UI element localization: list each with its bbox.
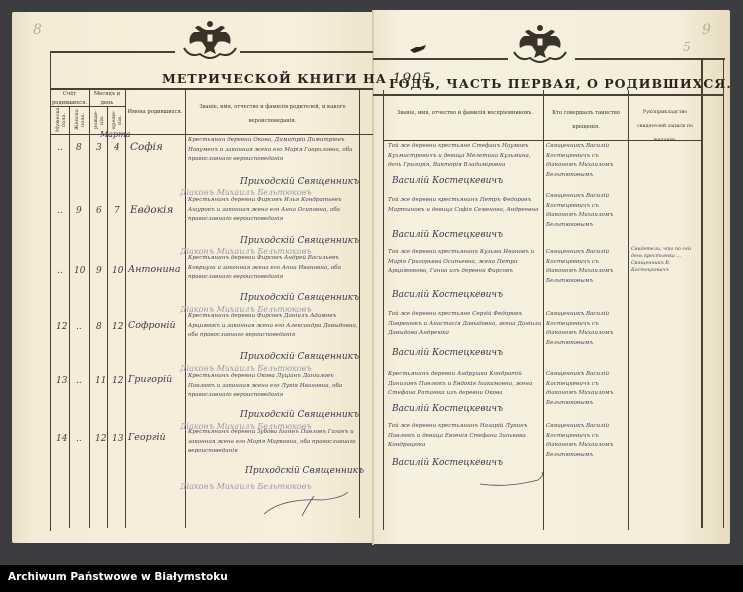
- header-birth: рожде-нія.: [93, 108, 103, 132]
- cell-parents: Крестьянинъ деревни Фирсовъ Даніилъ Адам…: [188, 312, 358, 341]
- cell-parents: Крестьянинъ деревни Окова Луціанъ Даніил…: [188, 372, 358, 401]
- signature-priest: Василій Костецкевичъ: [392, 458, 503, 468]
- cell-baptized: 7: [114, 206, 120, 216]
- cell-performer: Священникъ Василій Костецкевичъ съ діако…: [546, 310, 626, 348]
- cell-child-name: Евдокія: [130, 204, 173, 216]
- book-gutter: [372, 10, 374, 545]
- cell-child-name: Георгій: [128, 432, 166, 443]
- top-rule: [240, 51, 373, 53]
- cell-performer: Священникъ Василій Костецкевичъ съ діако…: [546, 142, 626, 180]
- cell-child-name: Софроній: [128, 320, 176, 331]
- signature-priest: Приходскій Священникъ: [240, 293, 359, 303]
- cell-performer: Священникъ Василій Костецкевичъ съ діако…: [546, 422, 626, 460]
- col-line: [628, 90, 629, 530]
- cell-child-name: Софія: [130, 141, 163, 153]
- col-line: [359, 88, 360, 518]
- cell-godparents: Той же деревни крестьяне Сергій Федоровъ…: [388, 310, 543, 339]
- signature-priest: Василій Костецкевичъ: [392, 290, 503, 300]
- pointing-hand-icon: [410, 44, 426, 54]
- title-text: МЕТРИЧЕСКОЙ КНИГИ НА: [162, 71, 387, 86]
- col-line: [69, 106, 70, 528]
- right-title: ГОДЪ, ЧАСТЬ ПЕРВАЯ, О РОДИВШИХСЯ.: [389, 76, 732, 91]
- header-baptism: креще-нія.: [111, 108, 121, 132]
- cell-godparents: Той же деревни крестьянинъ Назарій Лукин…: [388, 422, 543, 451]
- cell-parents: Крестьянинъ деревни Фирсовъ Андрей Васил…: [188, 254, 358, 283]
- header-rule: [373, 94, 723, 96]
- cell-female: ..: [76, 322, 82, 332]
- cell-female: ..: [76, 376, 82, 386]
- frame-line: [723, 58, 724, 528]
- cell-female: ..: [76, 434, 82, 444]
- archive-footer: Archiwum Państwowe w Białymstoku: [0, 565, 743, 592]
- frame-line: [50, 51, 51, 531]
- signature-priest: Василій Костецкевичъ: [392, 176, 503, 186]
- cell-baptized: 4: [114, 143, 120, 153]
- signature-priest: Василій Костецкевичъ: [392, 230, 503, 240]
- header-child-name: Имена родившихся.: [125, 108, 185, 117]
- cell-parents: Крестьянинъ деревни Фирсовъ Илья Кондрат…: [188, 196, 358, 225]
- cell-baptized: 12: [112, 322, 123, 332]
- cell-male: 13: [56, 376, 67, 386]
- cell-baptized: 12: [112, 376, 123, 386]
- header-notes: Рукоприкладство свидетелей записи по жел…: [630, 106, 700, 148]
- header-bottom-rule: [50, 134, 373, 135]
- cell-born: 12: [95, 434, 106, 444]
- header-godparents: Званіе, имя, отчество и фамилія воспріем…: [390, 106, 540, 120]
- col-line: [543, 90, 544, 530]
- signature-flourish: [478, 470, 548, 490]
- cell-male: 12: [56, 322, 67, 332]
- cell-female: 10: [74, 266, 85, 276]
- double-headed-eagle-icon: [180, 18, 240, 64]
- double-headed-eagle-icon: [510, 22, 570, 68]
- top-rule: [373, 58, 508, 60]
- col-line: [383, 90, 384, 530]
- cell-male: 14: [56, 434, 67, 444]
- cell-male: ..: [57, 143, 63, 153]
- cell-female: 9: [76, 206, 82, 216]
- header-parents: Званіе, имя, отчество и фамилія родителе…: [190, 100, 355, 128]
- signature-priest: Приходскій Священникъ: [245, 466, 364, 476]
- signature-priest: Приходскій Священникъ: [240, 236, 359, 246]
- cell-female: 8: [76, 143, 82, 153]
- right-page-number-alt: 5: [683, 40, 691, 54]
- cell-parents: Крестьянин деревни Окова, Димитрій Димит…: [188, 136, 358, 165]
- signature-priest: Приходскій Священникъ: [240, 352, 359, 362]
- cell-baptized: 10: [112, 266, 123, 276]
- archive-name: Archiwum Państwowe w Białymstoku: [8, 571, 228, 583]
- header-date: Месяцъ и день: [89, 90, 125, 108]
- cell-born: 3: [96, 143, 102, 153]
- frame-line: [701, 58, 703, 528]
- cell-godparents: Крестьянинъ деревни Андрушки Кондратій Д…: [388, 370, 543, 399]
- col-line: [107, 106, 108, 528]
- col-line: [89, 88, 90, 528]
- header-performer: Кто совершалъ таинство крещенія.: [546, 106, 626, 134]
- signature-priest: Приходскій Священникъ: [240, 177, 359, 187]
- cell-born: 6: [96, 206, 102, 216]
- signature-priest: Василій Костецкевичъ: [392, 404, 503, 414]
- left-page-number: 8: [33, 22, 42, 38]
- cell-performer: Священникъ Василій Костецкевичъ съ діако…: [546, 192, 626, 230]
- right-page-number: 9: [702, 22, 711, 38]
- cell-godparents: Той же деревни крестьянинъ Петръ Федоров…: [388, 196, 543, 215]
- header-count: Счёт родившихся.: [50, 90, 89, 108]
- cell-note: Свидетели, что по сей день крестьянка ..…: [631, 246, 701, 274]
- col-line: [125, 88, 126, 528]
- month-label: Марта: [100, 130, 130, 139]
- signature-priest: Приходскій Священникъ: [240, 410, 359, 420]
- signature-flourish: [262, 488, 352, 518]
- cell-male: ..: [57, 266, 63, 276]
- cell-born: 8: [96, 322, 102, 332]
- cell-performer: Священникъ Василій Костецкевичъ съ діако…: [546, 248, 626, 286]
- cell-baptized: 13: [112, 434, 123, 444]
- header-female: Женска пола.: [74, 108, 84, 132]
- cell-performer: Священникъ Василій Костецкевичъ съ діако…: [546, 370, 626, 408]
- cell-child-name: Антонина: [128, 264, 180, 275]
- cell-parents: Крестьянинъ деревни Зубова Іоаннъ Павлов…: [188, 428, 358, 457]
- cell-born: 9: [96, 266, 102, 276]
- cell-godparents: Той же деревни крестьяне Стефанъ Наумовъ…: [388, 142, 543, 171]
- header-male: Мужеска пола.: [55, 108, 65, 132]
- top-rule: [50, 51, 175, 53]
- cell-born: 11: [95, 376, 106, 386]
- cell-male: ..: [57, 206, 63, 216]
- signature-priest: Василій Костецкевичъ: [392, 348, 503, 358]
- cell-godparents: Той же деревни крестьянинъ Кузьма Иванов…: [388, 248, 543, 277]
- cell-child-name: Григорій: [128, 374, 172, 385]
